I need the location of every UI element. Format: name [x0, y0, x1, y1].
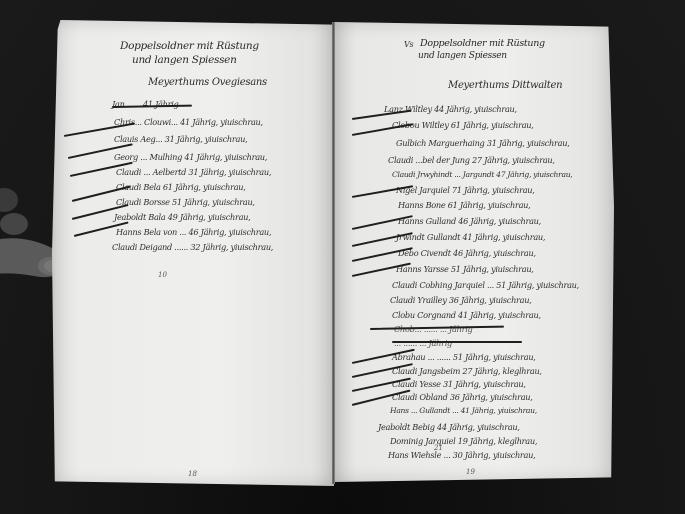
right-entry: Claudi Cobhing Jarquiel ... 51 Jährig, y…	[392, 280, 579, 290]
left-entry: Claudi Bela 61 Jährig, yiuischrau,	[116, 182, 246, 192]
right-entry: ... ...... ... Jährig	[394, 338, 452, 348]
left-heading-line2: und langen Spiessen	[132, 54, 237, 66]
right-entry: Claudi Jangsbeim 27 Jährig, kleglhrau,	[392, 366, 542, 376]
right-entry: Clobou Wiltley 61 Jährig, yiuischrau,	[392, 120, 534, 130]
left-entry: Claudi Deigand ...... 32 Jährig, yiuisch…	[112, 242, 273, 252]
right-entry: Hanns Bone 61 Jährig, yiuischrau,	[398, 200, 530, 210]
right-foot-number: 19	[466, 468, 475, 476]
left-foot-number: 18	[188, 470, 197, 478]
left-entry: Claudi ... Aelbertd 31 Jährig, yiuischra…	[116, 167, 271, 177]
left-heading-line1: Doppelsoldner mit Rüstung	[120, 40, 259, 52]
right-entry: Claudi Yrailley 36 Jährig, yiuischrau,	[390, 295, 532, 305]
right-heading-line2: und langen Spiessen	[418, 51, 507, 61]
right-entry: Claudi Obland 36 Jährig, yiuischrau,	[392, 392, 533, 402]
right-entry: Hanns Gulland 46 Jährig, yiuischrau,	[398, 216, 541, 226]
left-subheading: Meyerthums Ovegiesans	[148, 77, 267, 88]
strike-line	[392, 341, 522, 343]
left-margin-mark: 10	[158, 271, 167, 279]
right-entry: Dominig Jarquiel 19 Jährig, kleglhrau,	[390, 436, 537, 446]
right-entry: Jrwindt Gullandt 41 Jährig, yiuischrau,	[396, 232, 545, 242]
right-entry: Claudi Yesse 31 Jährig, yiuischrau,	[392, 379, 526, 389]
left-entry: Claudi Borsse 51 Jährig, yiuischrau,	[116, 197, 255, 207]
right-entry: Nigel Jarquiel 71 Jährig, yiuischrau,	[396, 185, 535, 195]
right-entry: Debo Civendt 46 Jährig, yiuischrau,	[398, 248, 536, 258]
left-entry: Jeaboldt Bala 49 Jährig, yiuischrau,	[114, 212, 250, 222]
right-heading-line1: Doppelsoldner mit Rüstung	[420, 38, 545, 49]
left-entry: Georg ... Mulhing 41 Jährig, yiuischrau,	[114, 152, 267, 162]
right-subheading: Meyerthums Dittwalten	[448, 80, 562, 91]
right-entry: Hans ... Gullandt ... 41 Jährig, yiuisch…	[390, 406, 537, 415]
right-entry: Hans Wiehsle ... 30 Jährig, yiuischrau,	[388, 450, 535, 460]
right-entry: Claudi Jrwyhindt ... Jargundt 47 Jährig,…	[392, 170, 572, 179]
right-heading-prefix: Vs	[404, 40, 413, 49]
left-entry: Chris... Clouwi... 41 Jährig, yiuischrau…	[114, 117, 263, 127]
left-entry: Hanns Bela von ... 46 Jährig, yiuischrau…	[116, 227, 271, 237]
right-entry: Claudi ...bel der Jung 27 Jährig, yiuisc…	[388, 155, 555, 165]
book-gutter	[332, 22, 335, 484]
right-page-total: 21	[434, 444, 443, 452]
right-entry: Clobu Corgnand 41 Jährig, yiuischrau,	[392, 310, 541, 320]
left-page	[52, 20, 334, 486]
left-entry: Clauis Aeg... 31 Jährig, yiuischrau,	[114, 134, 247, 144]
right-entry: Jeaboldt Bebig 44 Jährig, yiuischrau,	[378, 422, 520, 432]
right-entry: Gulbich Marguerhaing 31 Jährig, yiuischr…	[396, 138, 570, 148]
right-entry: Hanns Yarsse 51 Jährig, yiuischrau,	[396, 264, 534, 274]
right-entry: Abrahau ... ...... 51 Jährig, yiuischrau…	[392, 352, 536, 362]
